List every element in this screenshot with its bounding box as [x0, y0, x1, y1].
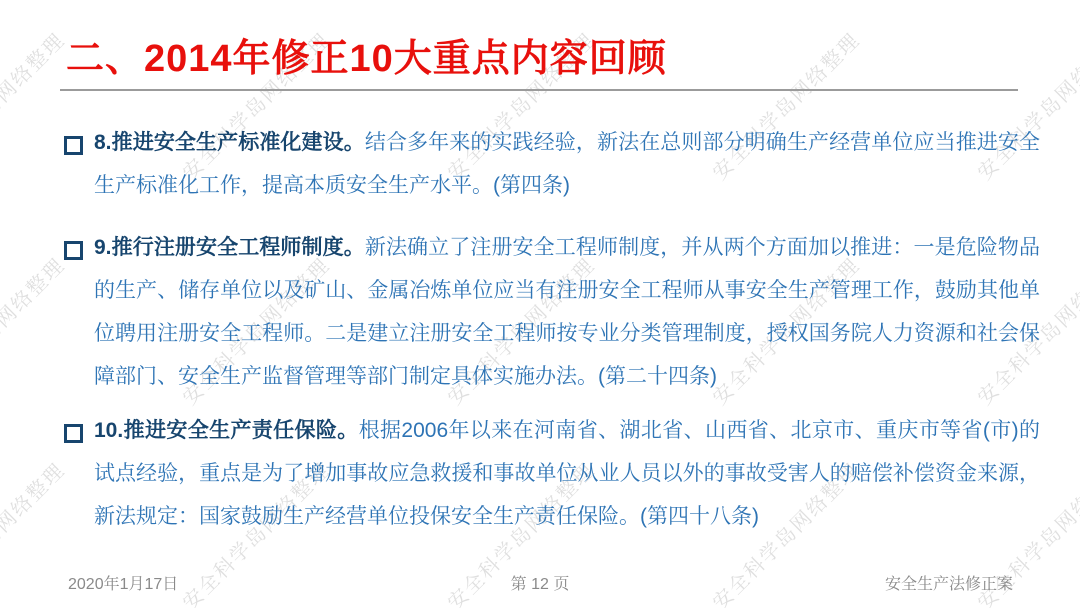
- slide-title: 二、2014年修正10大重点内容回顾: [66, 27, 667, 82]
- bullet-text: 10.推进安全生产责任保险。根据2006年以来在河南省、湖北省、山西省、北京市、…: [94, 409, 1040, 538]
- bullet-lead: 9.推行注册安全工程师制度。: [94, 236, 365, 259]
- bullet-text: 8.推进安全生产标准化建设。结合多年来的实践经验，新法在总则部分明确生产经营单位…: [94, 121, 1040, 207]
- slide-content: 二、2014年修正10大重点内容回顾 8.推进安全生产标准化建设。结合多年来的实…: [0, 0, 1080, 608]
- bullet-lead: 8.推进安全生产标准化建设。: [94, 131, 365, 154]
- square-bullet-icon: [64, 241, 83, 260]
- square-bullet-icon: [64, 136, 83, 155]
- bullet-item-9: 9.推行注册安全工程师制度。新法确立了注册安全工程师制度，并从两个方面加以推进：…: [64, 226, 1040, 398]
- bullet-item-10: 10.推进安全生产责任保险。根据2006年以来在河南省、湖北省、山西省、北京市、…: [64, 409, 1040, 538]
- bullet-item-8: 8.推进安全生产标准化建设。结合多年来的实践经验，新法在总则部分明确生产经营单位…: [64, 121, 1040, 207]
- bullet-text: 9.推行注册安全工程师制度。新法确立了注册安全工程师制度，并从两个方面加以推进：…: [94, 226, 1040, 398]
- presentation-slide: 安全科学岛网络整理安全科学岛网络整理安全科学岛网络整理安全科学岛网络整理安全科学…: [0, 0, 1080, 608]
- bullet-lead: 10.推进安全生产责任保险。: [94, 419, 359, 442]
- footer-date: 2020年1月17日: [68, 571, 178, 594]
- footer-page-number: 第 12 页: [511, 571, 570, 594]
- square-bullet-icon: [64, 424, 83, 443]
- footer-document-title: 安全生产法修正案: [885, 571, 1013, 594]
- title-divider-line: [60, 89, 1018, 91]
